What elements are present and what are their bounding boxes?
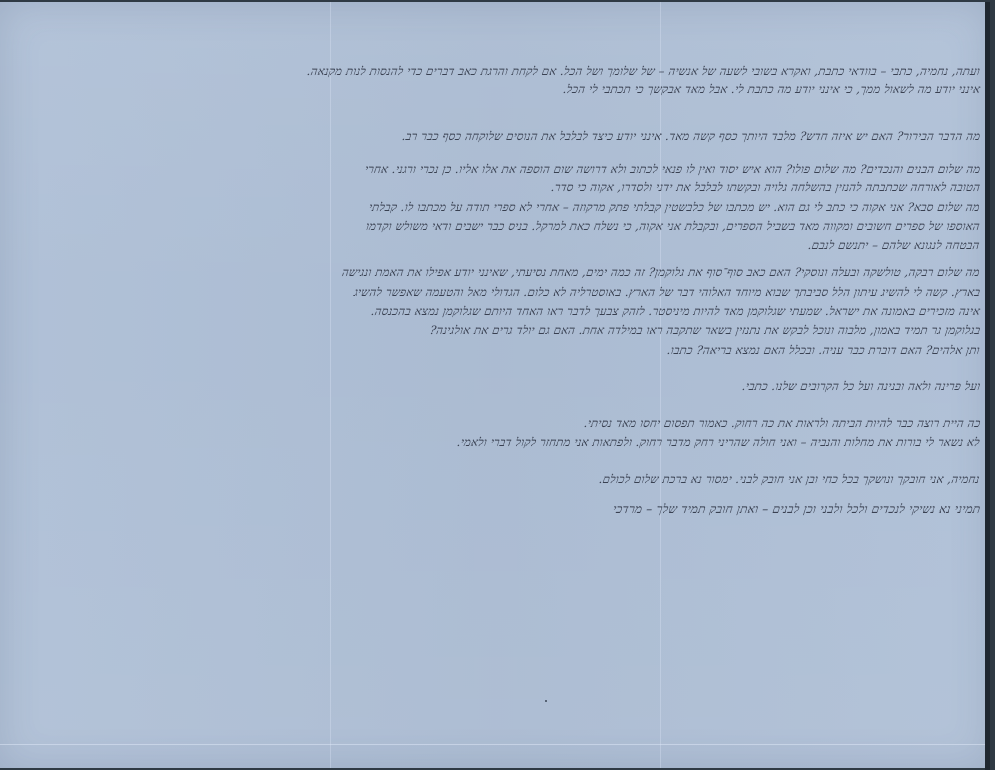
letter-line: הבטחה לנגונא שלהם – יתנשם לנבם. [808,238,981,252]
fold-line [330,2,331,768]
letter-line: ותן אלהים? האם דוברת כבר עניה. ובכלל האם… [666,343,981,357]
letter-page: ועתה, נחמיה, כתבי – בוודאי כתבת, ואקרא ב… [0,2,990,768]
letter-line: לא נשאר לי בורות את מחלות והנביה – ואני … [456,435,981,449]
letter-signature-line: תמיני נא נשיקי לנכדים ולכל ולבני וכן לבנ… [612,502,981,517]
letter-line: כה היית רוצה כבר להיות הביתה ולראות את כ… [583,416,981,430]
paper-speck [545,700,547,702]
fold-line [660,2,661,768]
letter-line: הטובה לאורחה שכתבתה להנזין בהשלחה גלויה … [550,180,981,194]
letter-line: בארץ. קשה לי להשיג עיתון הלל סביבתך שבוא… [353,285,981,299]
letter-line: מה שלום סבא? אני אקוה כי כתב לי גם הוא. … [368,200,981,214]
scan-edge [985,2,990,768]
letter-line: מה שלום הבנים והנכדים? מה שלום פולו? הוא… [364,162,981,176]
letter-line: אינני יודע מה לשאול ממך, כי אינני יודע מ… [562,82,981,96]
letter-line: בגלוקמן גר תמיד באמון, מלבוה ונוכל לבקש … [429,323,981,337]
letter-line: מה הדבר הבירור? האם יש איזה חדש? מלבד הי… [401,129,981,143]
letter-line: ועתה, נחמיה, כתבי – בוודאי כתבת, ואקרא ב… [306,64,981,78]
letter-line: האוספו של ספרים חשובים ומקווה מאד בשביל … [365,219,981,233]
letter-line: נחמיה, אני חובקך ונושקך בכל כחי ובן אני … [598,472,980,486]
letter-line: אינה מזכירים באמונה את ישראל. שמעתי שגלו… [370,304,981,318]
letter-line: ועל פרינה ולאה ובנינה ועל כל הקרובים שלנ… [741,379,981,393]
fold-line [0,744,990,745]
letter-line: מה שלום רבקה, טולשקה ובעלה ונוסקי? האם כ… [341,265,981,279]
